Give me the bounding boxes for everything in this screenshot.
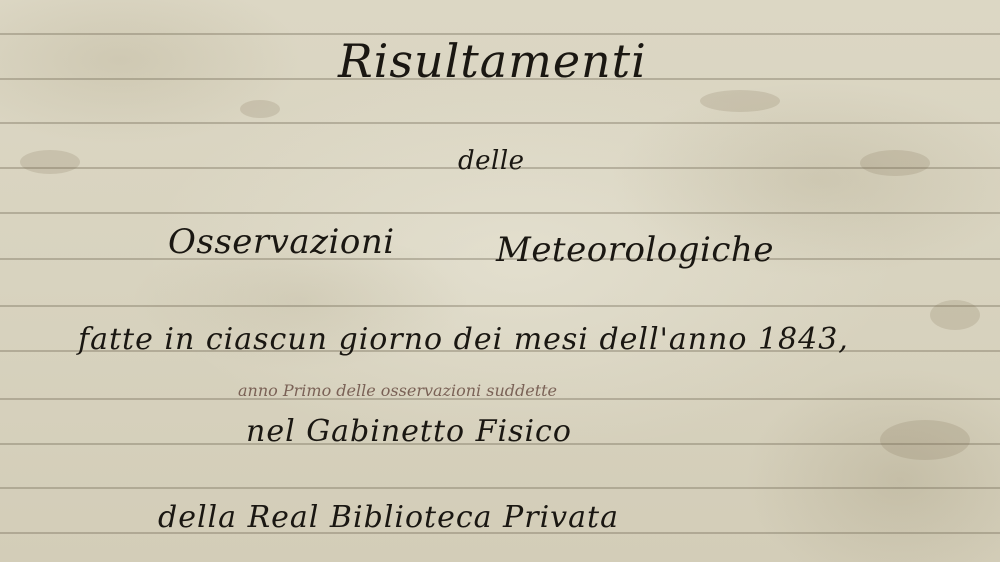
ruled-line [0, 212, 1000, 214]
manuscript-line-biblioteca: della Real Biblioteca Privata [158, 500, 619, 535]
paper-stain [700, 90, 780, 112]
manuscript-page: Risultamenti delle Osservazioni Meteorol… [0, 0, 1000, 562]
manuscript-line-gabinetto: nel Gabinetto Fisico [246, 414, 572, 449]
paper-stain [20, 150, 80, 174]
ruled-line [0, 122, 1000, 124]
ruled-line [0, 487, 1000, 489]
manuscript-line-osservazioni: Osservazioni [168, 222, 395, 262]
manuscript-title: Risultamenti [338, 34, 647, 88]
paper-stain [930, 300, 980, 330]
ruled-line [0, 305, 1000, 307]
manuscript-annotation: anno Primo delle osservazioni suddette [238, 381, 557, 400]
manuscript-line-delle: delle [458, 146, 525, 176]
paper-stain [240, 100, 280, 118]
paper-stain [880, 420, 970, 460]
manuscript-line-fatte: fatte in ciascun giorno dei mesi dell'an… [78, 322, 849, 357]
paper-stain [860, 150, 930, 176]
manuscript-line-meteorologiche: Meteorologiche [496, 230, 774, 270]
